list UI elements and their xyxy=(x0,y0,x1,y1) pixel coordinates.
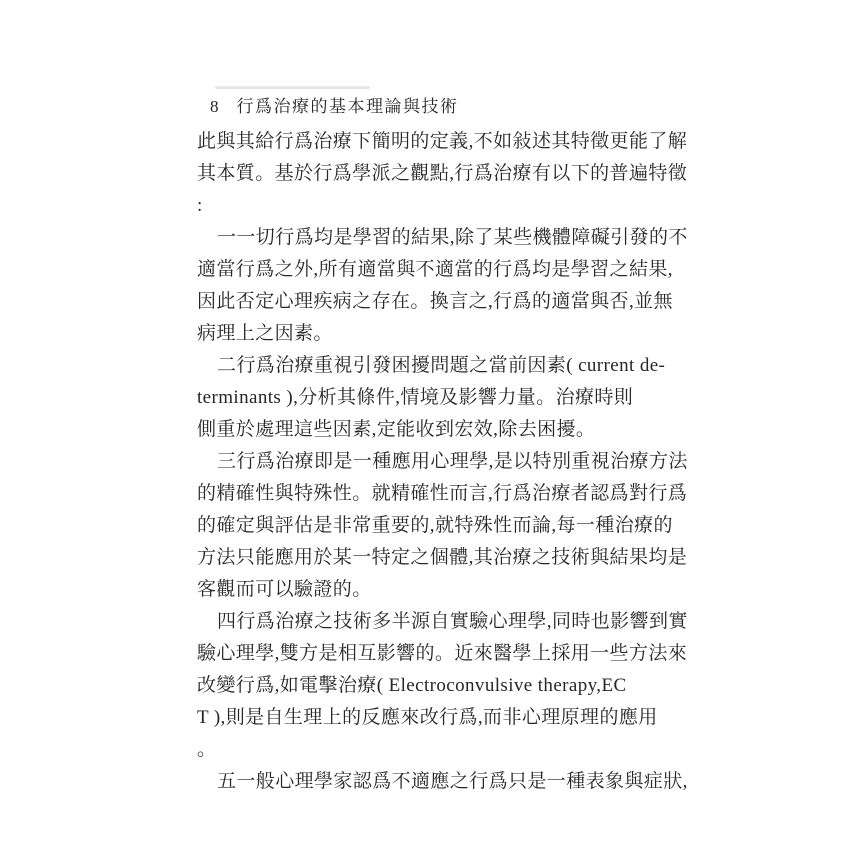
scan-artifact xyxy=(215,86,370,89)
running-header: 8行爲治療的基本理論與技術 xyxy=(210,92,459,117)
paragraph-item-2: 二行爲治療重視引發困擾問題之當前因素( current de- terminan… xyxy=(197,350,797,446)
page-number: 8 xyxy=(210,97,219,117)
paragraph-item-3: 三行爲治療即是一種應用心理學,是以特別重視治療方法 的精確性與特殊性。就精確性而… xyxy=(197,446,797,606)
paragraph-item-1: 一一切行爲均是學習的結果,除了某些機體障礙引發的不 適當行爲之外,所有適當與不適… xyxy=(197,222,797,350)
book-page-scan: 8行爲治療的基本理論與技術 此與其給行爲治療下簡明的定義,不如敍述其特徵更能了解… xyxy=(0,0,850,850)
running-title: 行爲治療的基本理論與技術 xyxy=(237,97,459,116)
paragraph-item-4: 四行爲治療之技術多半源自實驗心理學,同時也影響到實 驗心理學,雙方是相互影響的。… xyxy=(197,606,797,766)
page-body: 此與其給行爲治療下簡明的定義,不如敍述其特徵更能了解 其本質。基於行爲學派之觀點… xyxy=(197,126,797,798)
paragraph-item-5: 五一般心理學家認爲不適應之行爲只是一種表象與症狀, xyxy=(197,766,797,798)
paragraph-intro: 此與其給行爲治療下簡明的定義,不如敍述其特徵更能了解 其本質。基於行爲學派之觀點… xyxy=(197,126,797,222)
